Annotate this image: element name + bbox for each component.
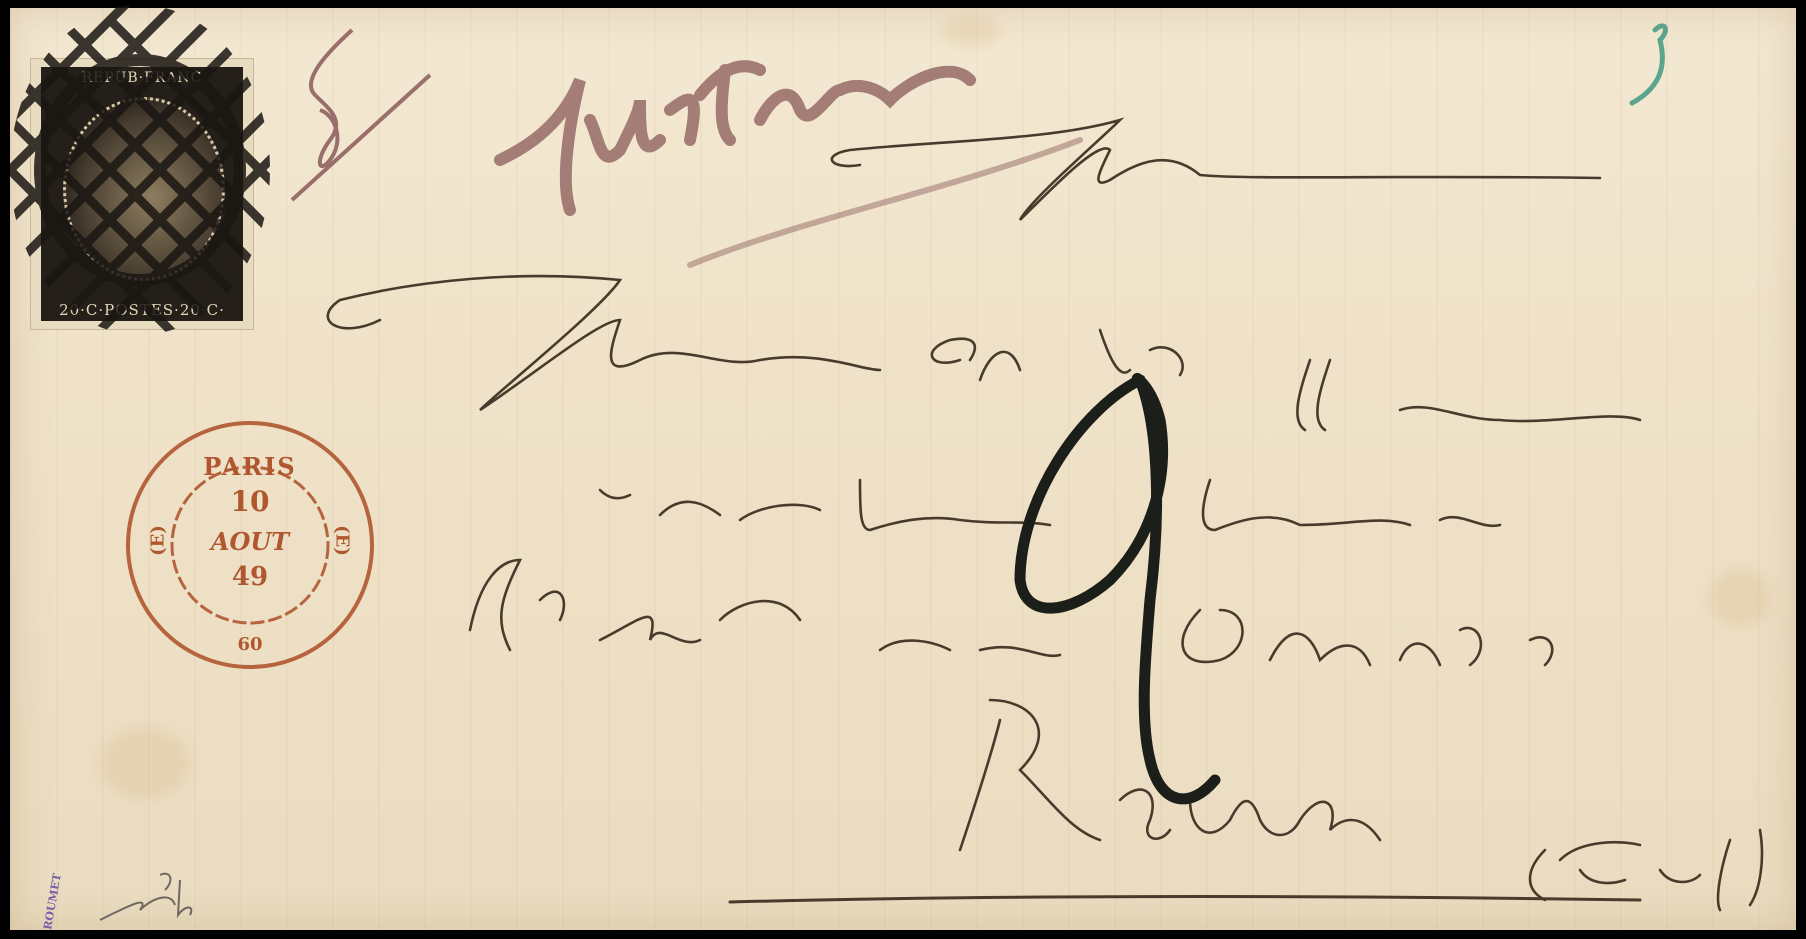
address-line-monsieur-top (832, 120, 1600, 220)
address-line-rouen (960, 700, 1380, 850)
postmark-city: PARIS (200, 452, 300, 481)
rate-numeral-8 (292, 30, 430, 200)
address-underline (730, 896, 1640, 902)
postmark-side-mark-left: (E) (148, 521, 169, 561)
postmark-month: AOUT (200, 527, 300, 556)
postmark-year: 49 (220, 562, 280, 592)
due-numeral-9 (1020, 378, 1215, 799)
postmark-office: 60 (225, 634, 275, 655)
corner-numeral-3 (1632, 26, 1665, 103)
grid-cancel-icon (0, 0, 400, 380)
surtaxe-manuscript (500, 66, 1080, 265)
address-line-monsieur-cecille (328, 276, 880, 410)
postmark-day: 10 (220, 485, 280, 518)
pencil-mark (100, 874, 191, 920)
address-line-notaire (600, 480, 1050, 530)
address-line-rue-aux-ours (470, 560, 1060, 656)
address-handwriting (328, 120, 1762, 910)
postmark-side-mark-right: (E) (332, 521, 353, 561)
